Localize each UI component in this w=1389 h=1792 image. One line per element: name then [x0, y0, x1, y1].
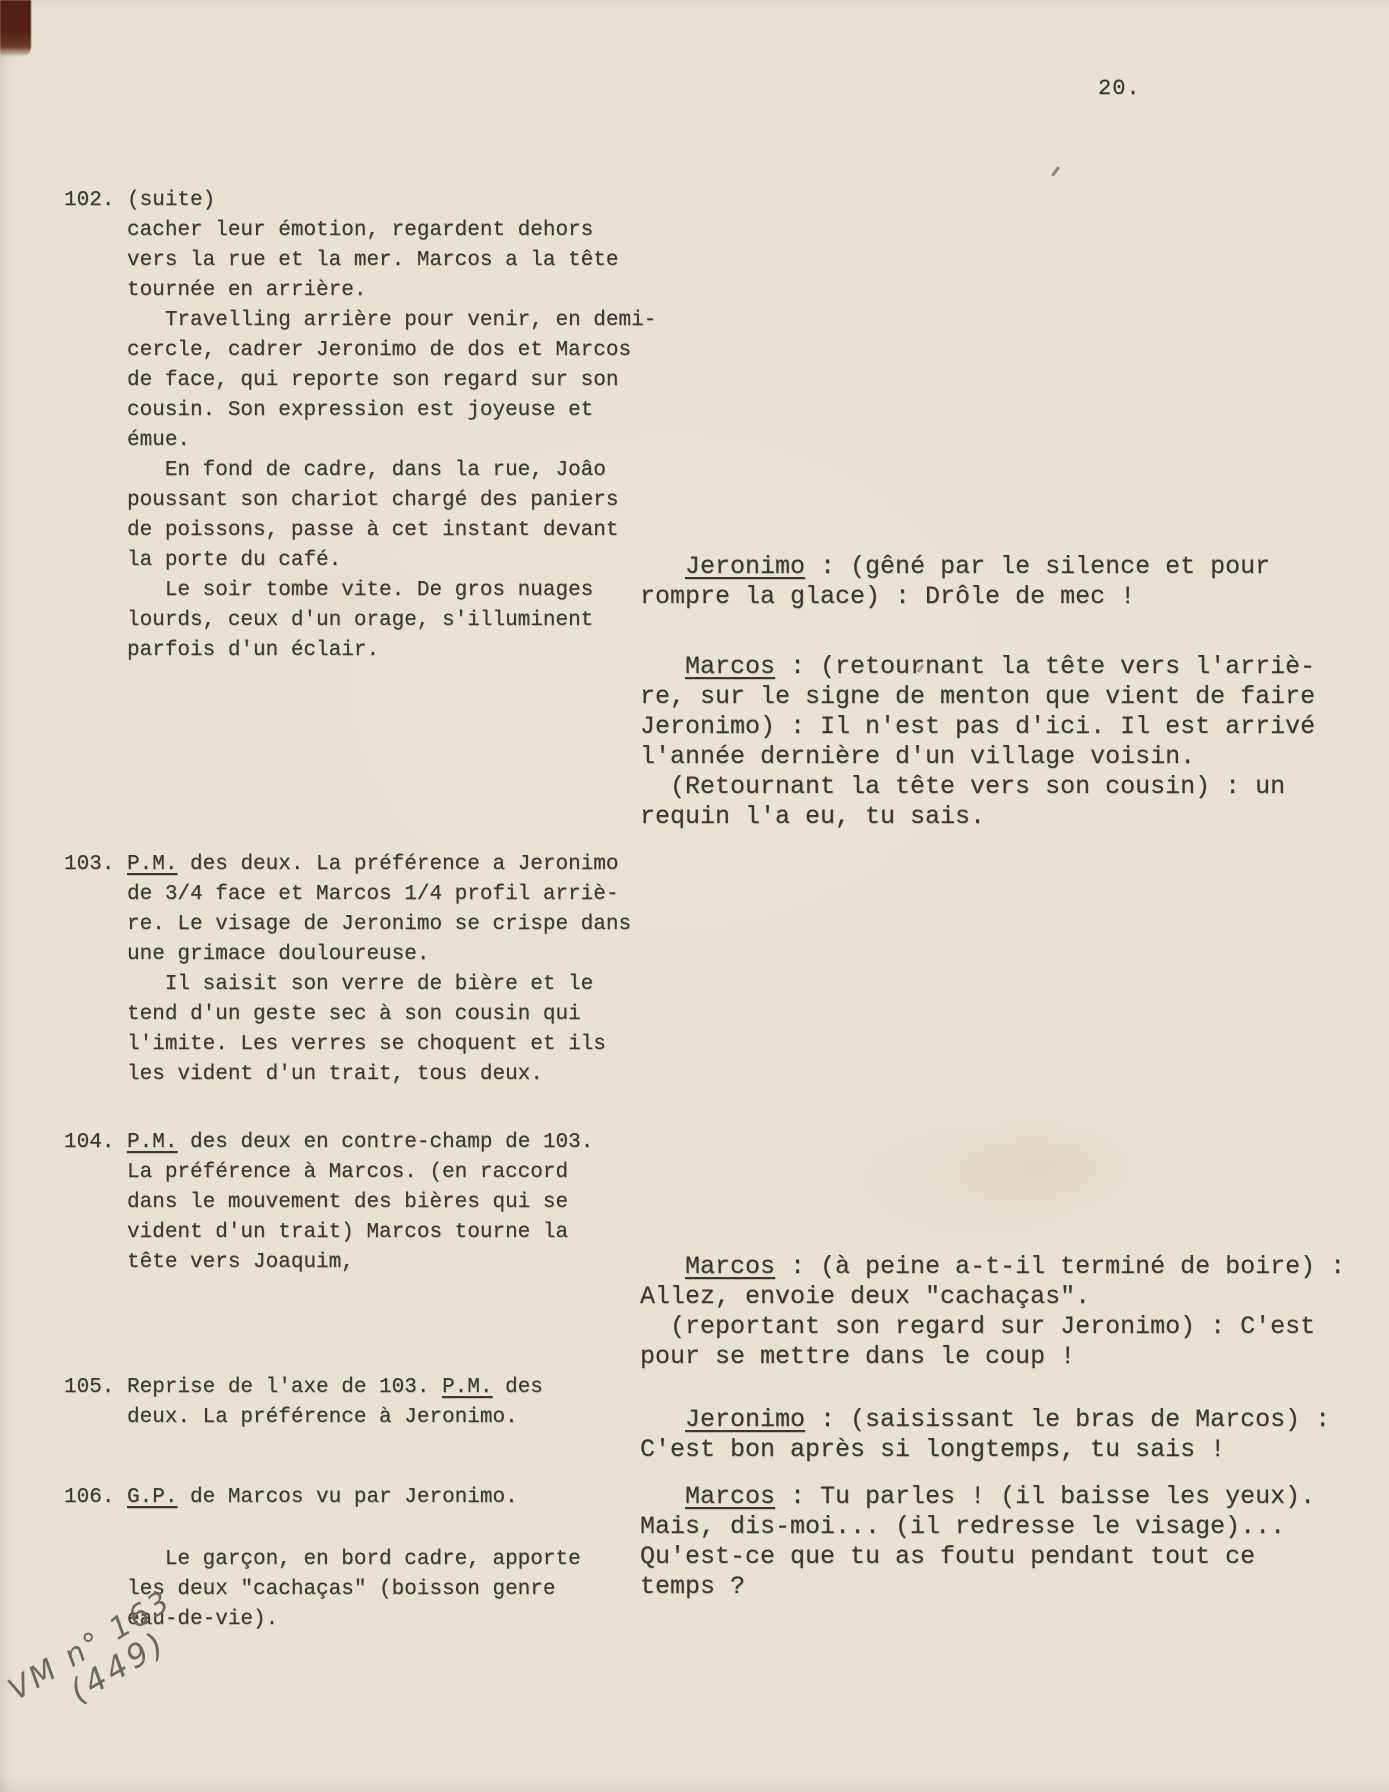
typewritten-line: (Retournant la tête vers son cousin) : u… — [640, 772, 1315, 802]
typewritten-line: Jeronimo) : Il n'est pas d'ici. Il est a… — [640, 712, 1315, 742]
typewritten-line: tournée en arrière. — [64, 276, 656, 306]
scene-104-description: 104. P.M. des deux en contre-champ de 10… — [64, 1128, 593, 1278]
corner-stain — [0, 0, 31, 57]
typewritten-line: dans le mouvement des bières qui se — [64, 1188, 593, 1218]
typewritten-line: temps ? — [640, 1572, 1315, 1602]
typewritten-line: 104. P.M. des deux en contre-champ de 10… — [64, 1128, 593, 1158]
page-number: 20. — [1098, 76, 1141, 102]
typewritten-line: Qu'est-ce que tu as foutu pendant tout c… — [640, 1542, 1315, 1572]
typewritten-line: l'imite. Les verres se choquent et ils — [64, 1030, 631, 1060]
ink-speck — [1051, 166, 1060, 177]
typewritten-line: Travelling arrière pour venir, en demi- — [64, 306, 656, 336]
typewritten-line: poussant son chariot chargé des paniers — [64, 486, 656, 516]
dialogue-marcos-1: Marcos : (retournant la tête vers l'arri… — [640, 652, 1315, 832]
typewritten-line: 106. G.P. de Marcos vu par Jeronimo. — [64, 1483, 518, 1513]
typewritten-line: Marcos : Tu parles ! (il baisse les yeux… — [640, 1482, 1315, 1512]
typewritten-line: (reportant son regard sur Jeronimo) : C'… — [640, 1312, 1345, 1342]
typewritten-line: vers la rue et la mer. Marcos a la tête — [64, 246, 656, 276]
typewritten-line: émue. — [64, 426, 656, 456]
dialogue-jeronimo-1: Jeronimo : (gêné par le silence et pourr… — [640, 552, 1270, 612]
typewritten-line: re, sur le signe de menton que vient de … — [640, 682, 1315, 712]
typewritten-line: parfois d'un éclair. — [64, 636, 656, 666]
typewritten-line: 103. P.M. des deux. La préférence a Jero… — [64, 850, 631, 880]
typewritten-line: tend d'un geste sec à son cousin qui — [64, 1000, 631, 1030]
typewritten-line: tête vers Joaquim, — [64, 1248, 593, 1278]
scene-102-description: 102. (suite) cacher leur émotion, regard… — [64, 186, 656, 666]
typewritten-line: cercle, cadrer Jeronimo de dos et Marcos — [64, 336, 656, 366]
typewritten-line: vident d'un trait) Marcos tourne la — [64, 1218, 593, 1248]
dialogue-jeronimo-2: Jeronimo : (saisissant le bras de Marcos… — [640, 1405, 1330, 1465]
typewritten-line: Allez, envoie deux "cachaças". — [640, 1282, 1345, 1312]
typewritten-line: Marcos : (à peine a-t-il terminé de boir… — [640, 1252, 1345, 1282]
typewritten-line: 102. (suite) — [64, 186, 656, 216]
scene-105-description: 105. Reprise de l'axe de 103. P.M. des d… — [64, 1373, 543, 1433]
typewritten-line: Jeronimo : (saisissant le bras de Marcos… — [640, 1405, 1330, 1435]
typewritten-line: les vident d'un trait, tous deux. — [64, 1060, 631, 1090]
typewritten-line: de face, qui reporte son regard sur son — [64, 366, 656, 396]
typewritten-line: Marcos : (retournant la tête vers l'arri… — [640, 652, 1315, 682]
typewritten-line: la porte du café. — [64, 546, 656, 576]
typewritten-line: une grimace douloureuse. — [64, 940, 631, 970]
typewritten-line: Jeronimo : (gêné par le silence et pour — [640, 552, 1270, 582]
typewritten-line: l'année dernière d'un village voisin. — [640, 742, 1315, 772]
typewritten-line: de poissons, passe à cet instant devant — [64, 516, 656, 546]
typewritten-line: requin l'a eu, tu sais. — [640, 802, 1315, 832]
typewritten-line: pour se mettre dans le coup ! — [640, 1342, 1345, 1372]
typewritten-line: 105. Reprise de l'axe de 103. P.M. des — [64, 1373, 543, 1403]
typewritten-line: Mais, dis-moi... (il redresse le visage)… — [640, 1512, 1315, 1542]
typewritten-line: Le soir tombe vite. De gros nuages — [64, 576, 656, 606]
dialogue-marcos-2: Marcos : (à peine a-t-il terminé de boir… — [640, 1252, 1345, 1372]
typewritten-line: lourds, ceux d'un orage, s'illuminent — [64, 606, 656, 636]
typewritten-line: La préférence à Marcos. (en raccord — [64, 1158, 593, 1188]
scene-106-description: 106. G.P. de Marcos vu par Jeronimo. — [64, 1483, 518, 1513]
typewritten-line: de 3/4 face et Marcos 1/4 profil arriè- — [64, 880, 631, 910]
typewritten-line: re. Le visage de Jeronimo se crispe dans — [64, 910, 631, 940]
typewritten-line: cousin. Son expression est joyeuse et — [64, 396, 656, 426]
typewritten-line: deux. La préférence à Jeronimo. — [64, 1403, 543, 1433]
typewritten-line: C'est bon après si longtemps, tu sais ! — [640, 1435, 1330, 1465]
typewritten-script-page: 20. 102. (suite) cacher leur émotion, re… — [0, 0, 1389, 1792]
typewritten-line: En fond de cadre, dans la rue, Joâo — [64, 456, 656, 486]
scene-103-description: 103. P.M. des deux. La préférence a Jero… — [64, 850, 631, 1090]
dialogue-marcos-3: Marcos : Tu parles ! (il baisse les yeux… — [640, 1482, 1315, 1602]
typewritten-line: Le garçon, en bord cadre, apporte — [64, 1545, 581, 1575]
typewritten-line: rompre la glace) : Drôle de mec ! — [640, 582, 1270, 612]
typewritten-line: Il saisit son verre de bière et le — [64, 970, 631, 1000]
typewritten-line: cacher leur émotion, regardent dehors — [64, 216, 656, 246]
